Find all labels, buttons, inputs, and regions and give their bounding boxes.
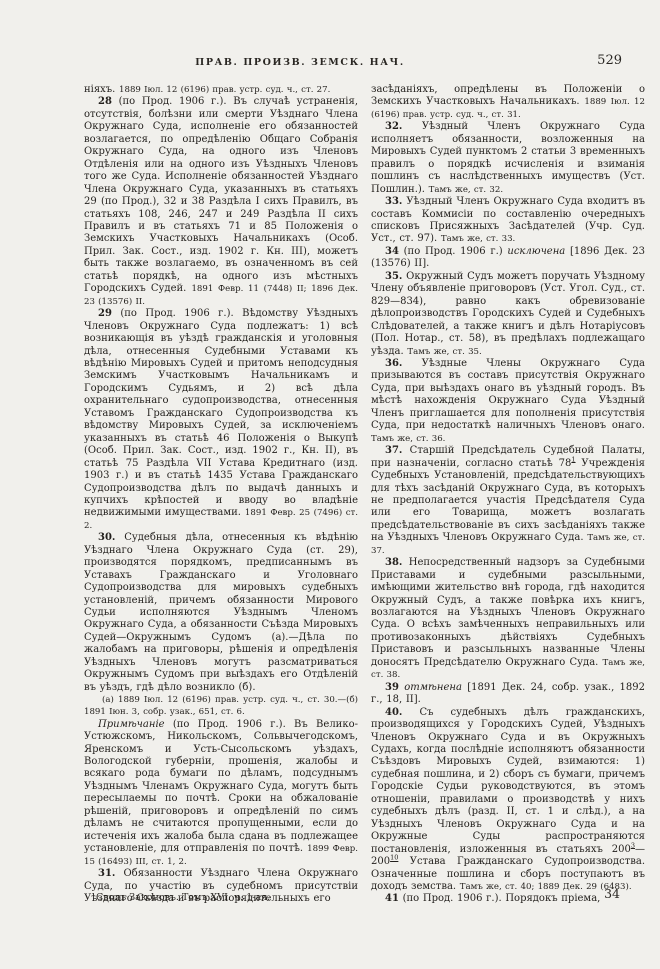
- text-segment: 29: [98, 308, 112, 319]
- paragraph: 32. Уѣздный Членъ Окружнаго Суда исполня…: [371, 121, 645, 196]
- paragraph: 29 (по Прод. 1906 г.). Вѣдомству Уѣздных…: [84, 308, 358, 532]
- paragraph: 37. Старшій Предсѣдатель Судебной Палаты…: [371, 445, 645, 557]
- paragraph: ніяхъ. 1889 Іюл. 12 (6196) прав. устр. с…: [84, 84, 358, 96]
- text-segment: исключена: [507, 246, 565, 257]
- text-segment: отмѣнена: [404, 682, 462, 693]
- text-segment: 1889 Іюл. 12 (6196) прав. устр. суд. ч.,…: [119, 85, 330, 95]
- text-segment: Тамъ же, ст. 36.: [371, 434, 445, 444]
- paragraph: 30. Судебныя дѣла, отнесенныя къ вѣдѣнію…: [84, 532, 358, 694]
- paragraph: (а) 1889 Іюл. 12 (6196) прав. устр. суд.…: [84, 694, 358, 718]
- text-segment: 33.: [385, 196, 402, 207]
- text-segment: 38.: [385, 557, 402, 568]
- text-segment: (по Прод. 1906 г.). Вѣдомству Уѣздныхъ Ч…: [84, 308, 358, 518]
- left-column: ніяхъ. 1889 Іюл. 12 (6196) прав. устр. с…: [84, 84, 358, 906]
- paragraph: засѣданіяхъ, опредѣлены въ Положеніи о З…: [371, 84, 645, 121]
- text-segment: 39: [385, 682, 399, 693]
- paragraph: 35. Окружный Судъ можетъ поручать Уѣздно…: [371, 271, 645, 358]
- paragraph: 36. Уѣздные Члены Окружнаго Суда призыва…: [371, 358, 645, 445]
- text-segment: Тамъ же, ст. 33.: [441, 234, 515, 244]
- text-columns: ніяхъ. 1889 Іюл. 12 (6196) прав. устр. с…: [84, 84, 645, 906]
- text-segment: Учрежденія Судебныхъ Установленій, предс…: [371, 458, 645, 544]
- text-segment: 36.: [385, 358, 402, 369]
- text-segment: Уѣздный Членъ Окружнаго Суда исполняетъ …: [371, 121, 645, 194]
- paragraph: 28 (по Прод. 1906 г.). Въ случаѣ устране…: [84, 96, 358, 308]
- text-segment: Съ судебныхъ дѣлъ гражданскихъ, производ…: [371, 707, 645, 855]
- paragraph: 34 (по Прод. 1906 г.) исключена [1896 Де…: [371, 246, 645, 271]
- page-number: 529: [597, 53, 622, 68]
- text-segment: Окружный Судъ можетъ поручать Уѣздному Ч…: [371, 271, 645, 357]
- text-segment: 31.: [98, 868, 115, 879]
- text-segment: (по Прод. 1906 г.). Порядокъ пріема,: [399, 893, 600, 904]
- paragraph: 39 отмѣнена [1891 Дек. 24, собр. узак., …: [371, 682, 645, 707]
- text-segment: Уѣздные Члены Окружнаго Суда призываются…: [371, 358, 645, 431]
- text-segment: 28: [98, 96, 112, 107]
- text-segment: 30.: [98, 532, 115, 543]
- text-segment: Примѣчаніе: [98, 719, 165, 730]
- scanned-page: ПРАВ. ПРОИЗВ. ЗЕМСК. НАЧ. 529 ніяхъ. 188…: [0, 0, 660, 969]
- text-segment: (по Прод. 1906 г.): [399, 246, 507, 257]
- paragraph: 33. Уѣздный Членъ Окружнаго Суда входитъ…: [371, 196, 645, 246]
- text-segment: 32.: [385, 121, 402, 132]
- paragraph: 38. Непосредственный надзоръ за Судебным…: [371, 557, 645, 682]
- text-segment: Тамъ же, ст. 35.: [407, 347, 481, 357]
- text-segment: ніяхъ.: [84, 84, 119, 95]
- text-segment: (по Прод. 1906 г.). Въ Велико-Устюжскомъ…: [84, 719, 358, 855]
- sheet-number: 34: [604, 886, 620, 901]
- edition-footnote: Сводъ Законовъ. Томъ XVI. ч. 1-ая.: [96, 892, 270, 903]
- text-segment: 41: [385, 893, 399, 904]
- text-segment: 37.: [385, 445, 402, 456]
- text-segment: Судебныя дѣла, отнесенныя къ вѣдѣнію Уѣз…: [84, 532, 358, 692]
- text-segment: 35.: [385, 271, 402, 282]
- paragraph: 40. Съ судебныхъ дѣлъ гражданскихъ, прои…: [371, 707, 645, 894]
- paragraph: Примѣчаніе (по Прод. 1906 г.). Въ Велико…: [84, 719, 358, 868]
- text-segment: (по Прод. 1906 г.). Въ случаѣ устраненія…: [84, 96, 358, 294]
- text-segment: Тамъ же, ст. 32.: [429, 185, 503, 195]
- right-column: засѣданіяхъ, опредѣлены въ Положеніи о З…: [371, 84, 645, 906]
- running-title: ПРАВ. ПРОИЗВ. ЗЕМСК. НАЧ.: [160, 57, 440, 68]
- text-segment: Непосредственный надзоръ за Судебными Пр…: [371, 557, 645, 668]
- text-segment: (а) 1889 Іюл. 12 (6196) прав. устр. суд.…: [84, 695, 358, 717]
- text-segment: 34: [385, 246, 399, 257]
- text-segment: 40.: [385, 707, 402, 718]
